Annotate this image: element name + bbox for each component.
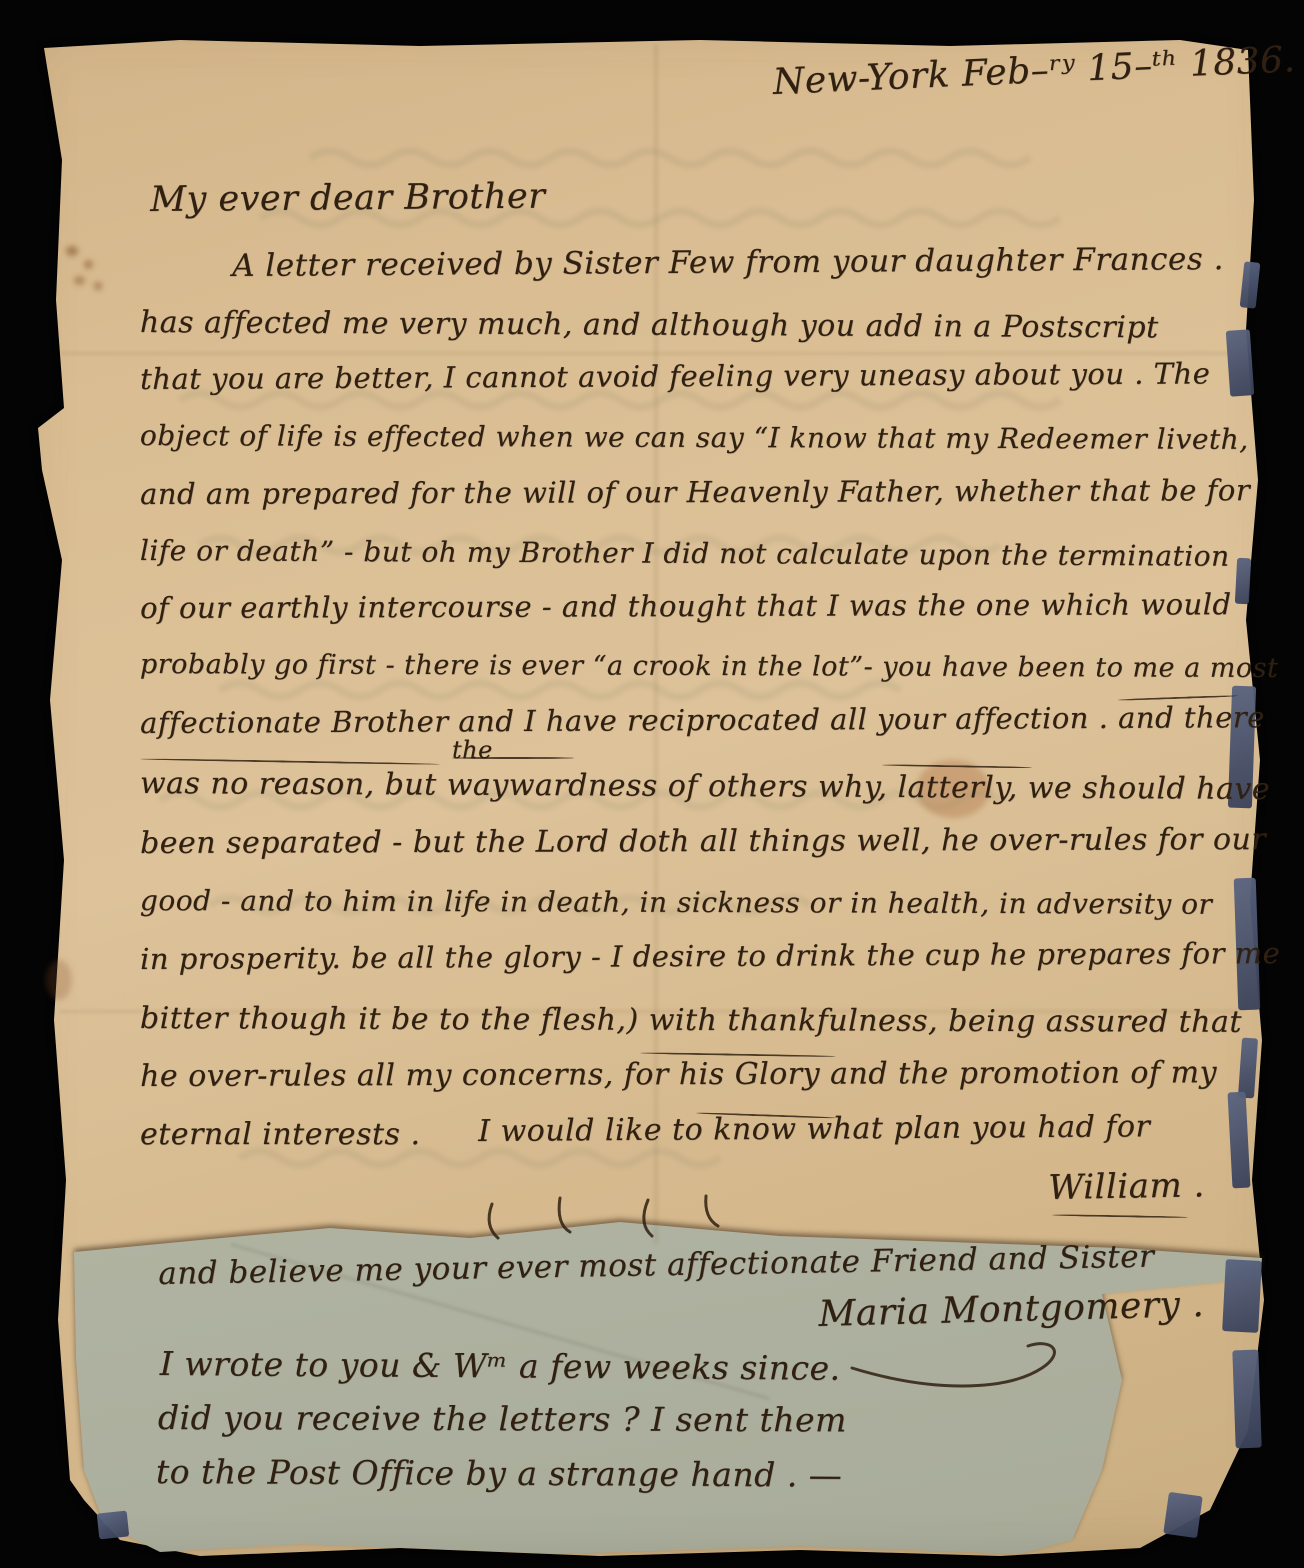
letter-body-line: been separated - but the Lord doth all t… [140, 822, 1266, 861]
scanned-letter: New-York Feb–ʳʸ 15–ᵗʰ 1836. My ever dear… [0, 0, 1304, 1568]
letter-body-line: eternal interests . [140, 1117, 420, 1152]
edge-patch-3 [1235, 558, 1251, 605]
letter-body-line: A letter received by Sister Few from you… [232, 241, 1224, 284]
edge-patch-8 [1222, 1259, 1262, 1333]
fox-spot-4 [94, 282, 102, 290]
postscript-line: to the Post Office by a strange hand . — [156, 1452, 843, 1495]
letter-body-line: affectionate Brother and I have reciproc… [140, 700, 1265, 740]
letter-body-line: bitter though it be to the flesh,) with … [140, 1001, 1242, 1040]
letter-body-line: and am prepared for the will of our Heav… [140, 473, 1250, 511]
postscript-line: did you receive the letters ? I sent the… [158, 1398, 847, 1439]
postscript-line: I wrote to you & Wᵐ a few weeks since. [160, 1344, 841, 1388]
letter-body-line: life or death” - but oh my Brother I did… [140, 534, 1230, 573]
ink-underline [452, 757, 574, 759]
edge-patch-9 [1232, 1350, 1261, 1449]
letter-body-line: of our earthly intercourse - and thought… [140, 587, 1232, 625]
letter-body-line: probably go first - there is ever “a cro… [140, 649, 1279, 684]
edge-patch-11 [97, 1511, 130, 1540]
letter-body-line: in prosperity. be all the glory - I desi… [140, 936, 1280, 976]
edge-patch-10 [1163, 1492, 1203, 1538]
letter-body-line: that you are better, I cannot avoid feel… [140, 356, 1210, 396]
letter-body-line: he over-rules all my concerns, for his G… [140, 1055, 1217, 1094]
edge-patch-2 [1226, 329, 1255, 397]
letter-body-line: has affected me very much, and although … [140, 305, 1159, 345]
interlinear-insertion: the [452, 736, 493, 764]
letter-body-line: good - and to him in life in death, in s… [140, 884, 1213, 921]
fox-spot-3 [74, 276, 85, 285]
fox-spot-2 [84, 260, 93, 269]
fold-crease-horizontal-1 [60, 352, 1240, 355]
letter-body-line: was no reason, but waywardness of others… [140, 766, 1270, 807]
letter-body-line: object of life is effected when we can s… [140, 419, 1249, 456]
letter-body-line: I would like to know what plan you had f… [478, 1109, 1150, 1149]
salutation: My ever dear Brother [150, 177, 546, 220]
fox-spot-1 [66, 246, 78, 256]
addressee-name: William . [1048, 1165, 1205, 1208]
faint-stain-left [46, 960, 72, 1000]
